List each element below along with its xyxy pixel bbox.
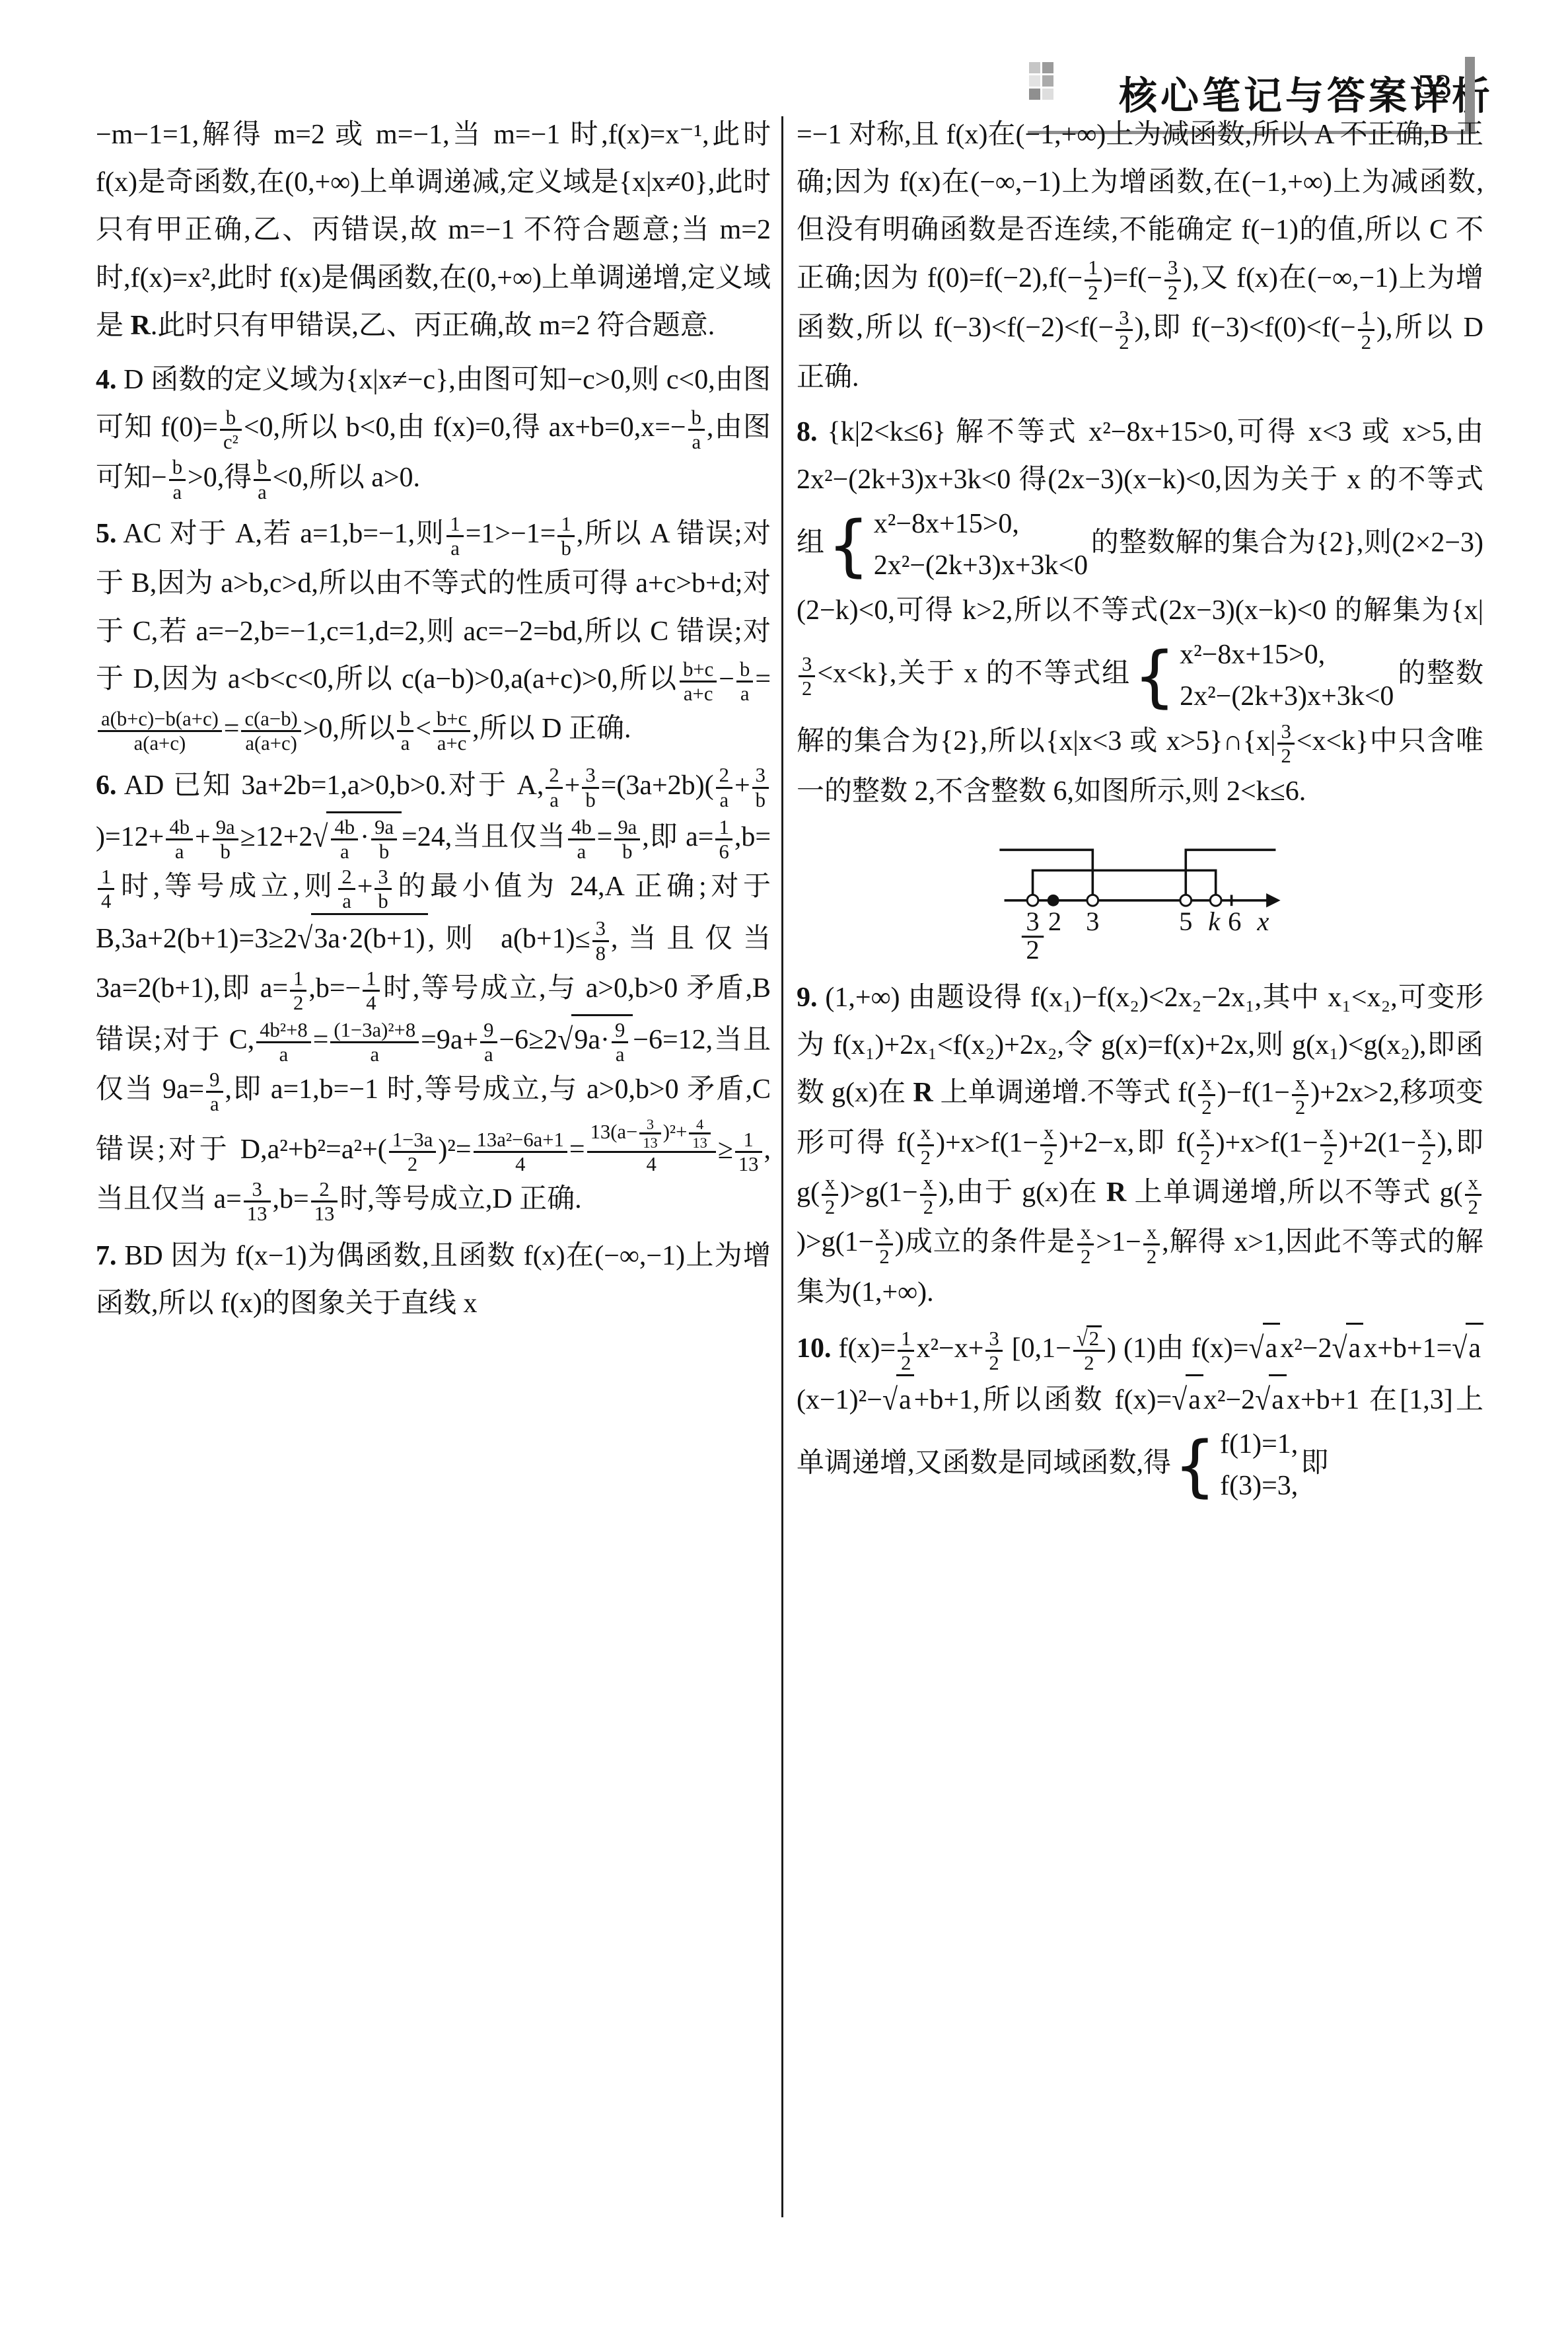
solution-q5: 5. AC 对于 A,若 a=1,b=−1,则1a=1>−1=1b,所以 A 错… [96,510,771,755]
solution-q6: 6. AD 已知 3a+2b=1,a>0,b>0.对于 A,2a+3b=(3a+… [96,762,771,1226]
open-point-3 [1087,895,1098,906]
bracket-x-greater-5 [1186,850,1275,900]
solution-q4: 4. D 函数的定义域为{x|x≠−c},由图可知−c>0,则 c<0,由图可知… [96,356,771,503]
solution-q10: 10. f(x)=12x²−x+32 [0,1−√22) (1)由 f(x)=√… [797,1323,1483,1508]
label-x-axis: x [1256,906,1269,936]
solution-q7: 7. BD 因为 f(x−1)为偶函数,且函数 f(x)在(−∞,−1)上为增函… [96,1232,771,1327]
filled-point-2 [1048,895,1059,906]
grid-logo-icon [1029,62,1054,100]
label-three-half-den: 2 [1026,935,1039,965]
axis-arrow [1266,893,1281,908]
bracket-x-less-3 [999,850,1092,900]
open-point-5 [1180,895,1192,906]
open-point-three-half [1027,895,1038,906]
page-number: 53 [1417,67,1452,106]
label-3: 3 [1086,906,1099,936]
number-line-figure: 3 2 2 3 5 k 6 x [797,832,1483,962]
solution-q9: 9. (1,+∞) 由题设得 f(x₁)−f(x₂)<2x₂−2x₁,其中 x₁… [797,974,1483,1316]
solution-continuation-q3: −m−1=1,解得 m=2 或 m=−1,当 m=−1 时,f(x)=x⁻¹,此… [96,111,771,350]
left-column: −m−1=1,解得 m=2 或 m=−1,当 m=−1 时,f(x)=x⁻¹,此… [96,111,771,1334]
solution-q8: 8. {k|2<k≤6} 解不等式 x²−8x+15>0,可得 x<3 或 x>… [797,408,1483,815]
label-k: k [1208,906,1221,936]
right-column: =−1 对称,且 f(x)在(−1,+∞)上为减函数,所以 A 不正确,B 正确… [797,111,1483,1514]
label-three-half-num: 3 [1026,906,1039,936]
label-2: 2 [1048,906,1061,936]
solution-q7-continuation: =−1 对称,且 f(x)在(−1,+∞)上为减函数,所以 A 不正确,B 正确… [797,111,1483,402]
column-divider [781,116,783,2217]
open-point-k [1210,895,1221,906]
label-5: 5 [1179,906,1192,936]
answer-page: 核心笔记与答案详析 53 −m−1=1,解得 m=2 或 m=−1,当 m=−1… [0,0,1568,2325]
number-line-svg: 3 2 2 3 5 k 6 x [998,832,1282,962]
label-6: 6 [1228,906,1241,936]
